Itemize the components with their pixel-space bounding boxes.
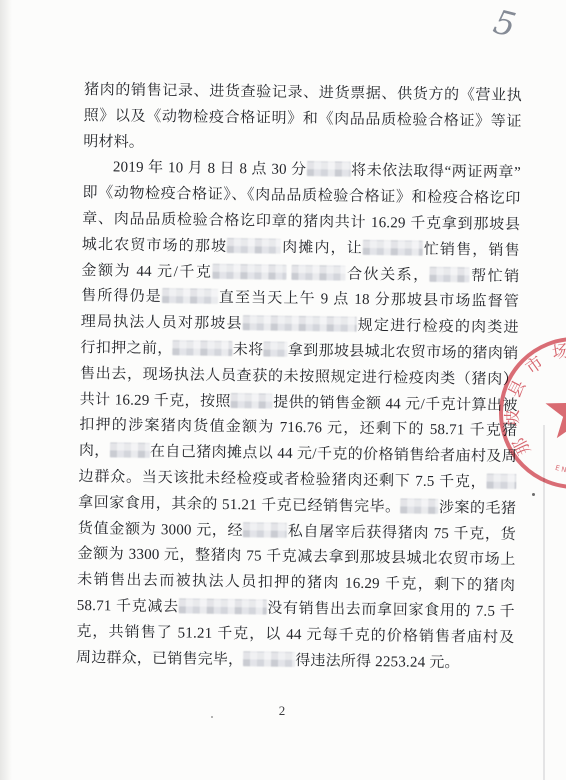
text-segment: 克，共销售了 51.21 千克，以 44 元每千克的价格销售者庙村及 — [76, 624, 514, 646]
seal-star-icon — [546, 382, 566, 438]
text-segment: 在自己猪肉摊点以 44 元/千克的价格销售给者庙村及周 — [150, 444, 517, 465]
redaction-block — [401, 498, 439, 514]
text-segment: 未将 — [233, 342, 264, 358]
text-segment: 扣押的涉案猪肉货值金额为 716.76 元，还剩下的 58.71 千克猪 — [79, 417, 517, 439]
page-number: 2 — [262, 703, 302, 719]
text-segment: 合伙关系， — [346, 266, 430, 283]
text-segment: 章、肉品品质检验合格讫印章的猪肉共计 16.29 千克拿到那坡县 — [82, 211, 520, 233]
text-segment: 边群众。当天该批未经检疫或者检验猪肉还剩下 7.5 千克， — [78, 469, 486, 491]
redaction-block — [363, 240, 423, 256]
redaction-block — [227, 238, 281, 254]
text-segment: 共计 16.29 千克，按照 — [80, 392, 232, 410]
text-segment: 得违法所得 2253.24 元。 — [295, 653, 460, 671]
text-segment: 肉， — [79, 443, 110, 459]
text-segment: 拿到那坡县城北农贸市场的猪肉销 — [288, 343, 519, 362]
scan-left-edge-shadow — [0, 0, 12, 780]
redaction-block — [307, 161, 351, 177]
text-segment: 周边群众，已销售完毕， — [76, 649, 243, 667]
redaction-block — [243, 522, 287, 538]
redaction-block — [292, 264, 346, 280]
text-segment: 没有销售出去而拿回家食用的 7.5 千 — [267, 601, 515, 620]
text-segment: 帮忙销 — [470, 268, 520, 285]
scan-speck — [211, 716, 213, 718]
text-segment: 货值金额为 3000 元，经 — [78, 520, 244, 538]
redaction-block — [264, 341, 288, 356]
text-segment: 照》以及《动物检疫合格证明》和《肉品品质检验合格证》等证 — [84, 108, 522, 130]
text-segment: 猪肉的销售记录、进货查验记录、进货票据、供货方的《营业执 — [84, 82, 522, 104]
text-segment: 2019 年 10 月 8 日 8 点 30 分 — [113, 160, 307, 179]
text-segment: 理局执法人员对那坡县 — [81, 314, 243, 332]
redaction-block — [231, 393, 273, 409]
text-segment: 售所得仍是 — [81, 288, 162, 305]
text-block: 猪肉的销售记录、进货查验记录、进货票据、供货方的《营业执照》以及《动物检疫合格证… — [76, 78, 522, 677]
scanned-document-page: 5 猪肉的销售记录、进货查验记录、进货票据、供货方的《营业执照》以及《动物检疫合… — [0, 0, 566, 780]
redaction-block — [162, 288, 218, 304]
redaction-block — [243, 651, 295, 667]
redaction-block — [430, 266, 470, 282]
handwritten-page-note: 5 — [490, 2, 538, 50]
redaction-block — [179, 598, 267, 614]
redaction-block — [110, 443, 150, 459]
text-segment: 未销售出去而被执法人员扣押的猪肉 16.29 千克，剩下的猪肉 — [77, 572, 515, 594]
text-segment: 售出去，现场执法人员查获的未按照规定进行检疫肉类（猪肉） — [80, 366, 518, 388]
text-segment: 金额为 44 元/千克 — [81, 263, 212, 281]
text-segment: 行扣押之前， — [80, 340, 173, 357]
official-seal: 那坡县市场监督管理局 ENRODZ G1Z — [492, 327, 566, 503]
text-segment: 直至当天上午 9 点 18 分那坡县市场监督管 — [218, 290, 519, 310]
redaction-block — [173, 340, 233, 356]
text-segment: 金额为 3300 元，整猪肉 75 千克减去拿到那坡县城北农贸市场上 — [77, 546, 515, 568]
text-segment: 明材料。 — [83, 134, 144, 151]
text-segment: 提供的销售金额 44 元/千克计算出被 — [273, 394, 518, 413]
redaction-block — [212, 263, 286, 279]
text-segment: 将未依法取得“两证两章” — [351, 163, 521, 181]
text-segment: 城北农贸市场的那坡 — [82, 237, 228, 255]
text-segment: 肉摊内，让 — [281, 240, 363, 257]
text-line: 周边群众，已销售完毕，得违法所得 2253.24 元。 — [76, 645, 514, 677]
text-segment: 58.71 千克减去 — [77, 598, 179, 615]
text-segment: 拿回家食用，其余的 51.21 千克已经销售完毕。 — [78, 495, 401, 516]
text-segment: 即《动物检疫合格证》、《肉品品质检验合格证》和检疫合格讫印 — [82, 185, 520, 207]
redaction-block — [243, 315, 357, 332]
text-segment: 忙销售，销售 — [423, 241, 520, 258]
